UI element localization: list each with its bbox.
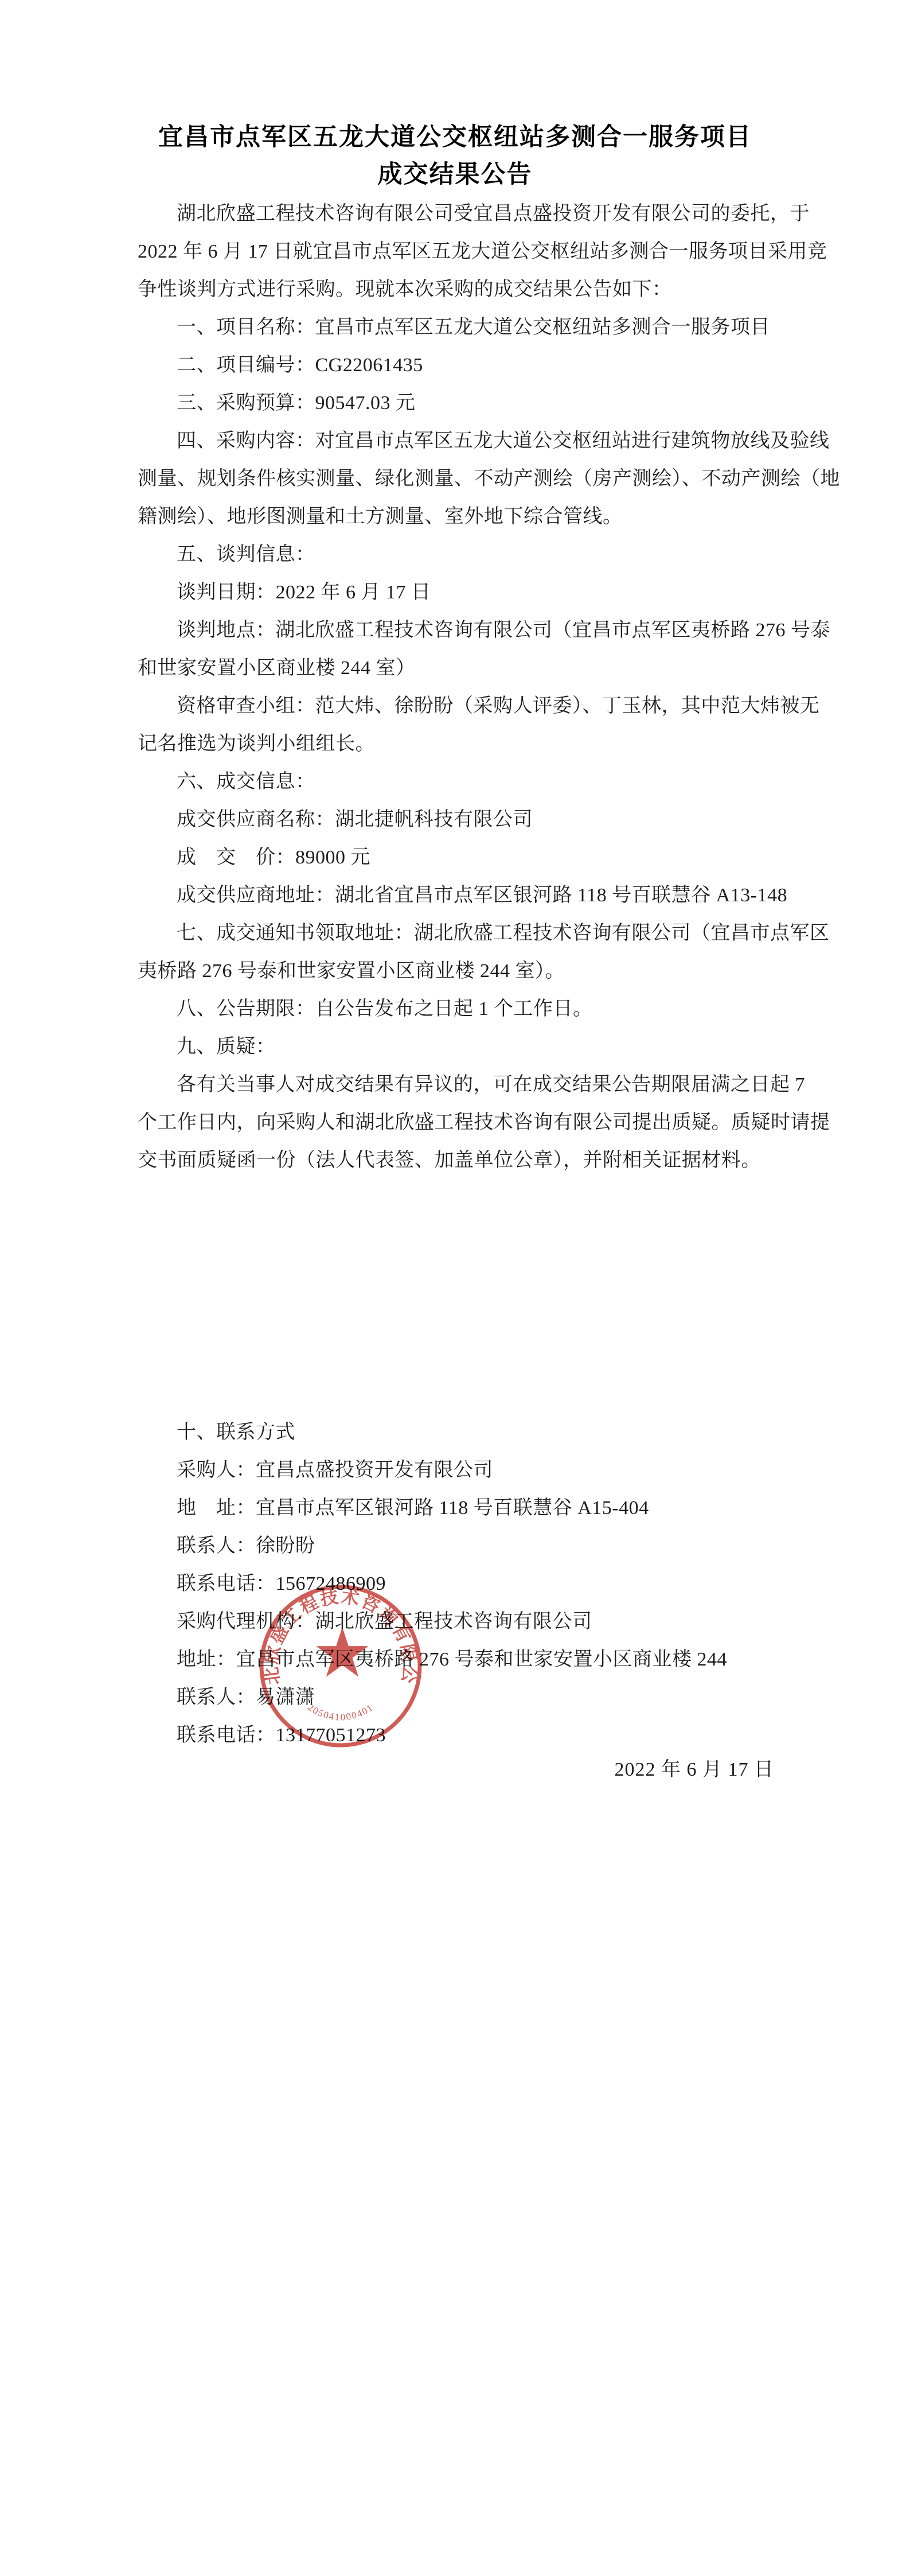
- doc-line: 地址：宜昌市点军区夷桥路 276 号泰和世家安置小区商业楼 244: [138, 1641, 842, 1679]
- doc-line: 成交供应商地址：湖北省宜昌市点军区银河路 118 号百联慧谷 A13-148: [138, 877, 842, 915]
- doc-line: 三、采购预算：90547.03 元: [138, 384, 842, 422]
- doc-line: 谈判日期：2022 年 6 月 17 日: [138, 574, 842, 612]
- doc-date: 2022 年 6 月 17 日: [138, 1751, 774, 1789]
- doc-line: 四、采购内容：对宜昌市点军区五龙大道公交枢纽站进行建筑物放线及验线: [138, 422, 842, 460]
- doc-line: 地 址：宜昌市点军区银河路 118 号百联慧谷 A15-404: [138, 1489, 842, 1527]
- doc-line: 交书面质疑函一份（法人代表签、加盖单位公章），并附相关证据材料。: [138, 1142, 803, 1180]
- doc-line: 2022 年 6 月 17 日就宜昌市点军区五龙大道公交枢纽站多测合一服务项目采…: [138, 233, 803, 271]
- doc-line: 六、成交信息：: [138, 763, 842, 801]
- doc-line: 十、联系方式: [138, 1414, 842, 1452]
- doc-line: 五、谈判信息：: [138, 536, 842, 574]
- doc-line: 一、项目名称：宜昌市点军区五龙大道公交枢纽站多测合一服务项目: [138, 309, 842, 347]
- doc-line: 联系人：易潇潇: [138, 1679, 842, 1717]
- doc-line: 各有关当事人对成交结果有异议的，可在成交结果公告期限届满之日起 7: [138, 1066, 842, 1104]
- doc-line: 七、成交通知书领取地址：湖北欣盛工程技术咨询有限公司（宜昌市点军区: [138, 915, 842, 952]
- doc-line: 八、公告期限：自公告发布之日起 1 个工作日。: [138, 990, 842, 1028]
- doc-line: 二、项目编号：CG22061435: [138, 347, 842, 384]
- doc-line: 测量、规划条件核实测量、绿化测量、不动产测绘（房产测绘）、不动产测绘（地: [138, 460, 803, 498]
- doc-line: 联系人：徐盼盼: [138, 1527, 842, 1565]
- doc-line: 九、质疑：: [138, 1028, 842, 1066]
- doc-line: 湖北欣盛工程技术咨询有限公司受宜昌点盛投资开发有限公司的委托，于: [138, 195, 842, 233]
- doc-line: 谈判地点：湖北欣盛工程技术咨询有限公司（宜昌市点军区夷桥路 276 号泰: [138, 612, 842, 649]
- doc-line: 联系电话：13177051273: [138, 1717, 842, 1754]
- doc-line: 籍测绘）、地形图测量和土方测量、室外地下综合管线。: [138, 498, 803, 536]
- doc-line: 资格审查小组：范大炜、徐盼盼（采购人评委）、丁玉林，其中范大炜被无: [138, 687, 842, 725]
- doc-line: 成交供应商名称：湖北捷帆科技有限公司: [138, 801, 842, 839]
- doc-line: 和世家安置小区商业楼 244 室）: [138, 649, 803, 687]
- doc-title-line-1: 宜昌市点军区五龙大道公交枢纽站多测合一服务项目: [0, 118, 910, 153]
- doc-line: 采购代理机构：湖北欣盛工程技术咨询有限公司: [138, 1603, 842, 1641]
- doc-line: 联系电话：15672486909: [138, 1565, 842, 1603]
- doc-title-line-2: 成交结果公告: [0, 155, 910, 190]
- doc-line: 成 交 价：89000 元: [138, 839, 842, 877]
- doc-line: 记名推选为谈判小组组长。: [138, 725, 803, 763]
- doc-line: 采购人：宜昌点盛投资开发有限公司: [138, 1452, 842, 1489]
- doc-line: 夷桥路 276 号泰和世家安置小区商业楼 244 室）。: [138, 952, 803, 990]
- doc-line: 争性谈判方式进行采购。现就本次采购的成交结果公告如下：: [138, 271, 803, 309]
- doc-line: 个工作日内，向采购人和湖北欣盛工程技术咨询有限公司提出质疑。质疑时请提: [138, 1104, 803, 1142]
